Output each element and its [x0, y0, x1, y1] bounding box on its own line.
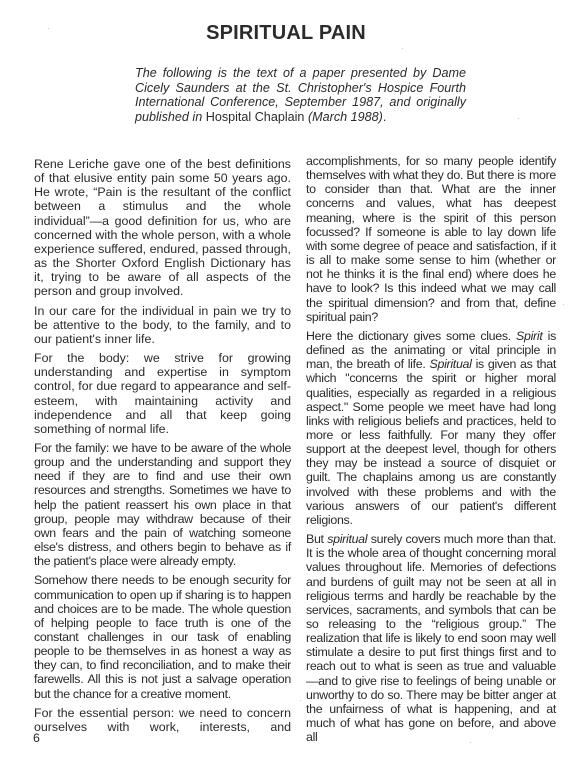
- paragraph-accomplishments: accomplishments, for so many people iden…: [306, 154, 556, 324]
- scan-speck: [518, 118, 519, 119]
- publication-date: (March 1988): [308, 110, 383, 124]
- publication-name: Hospital Chaplain: [206, 110, 305, 124]
- scan-speck: [48, 28, 49, 29]
- scan-speck: [300, 700, 301, 701]
- paragraph-moral-values: But spiritual surely covers much more th…: [306, 532, 556, 744]
- page-title: SPIRITUAL PAIN: [0, 22, 572, 45]
- moral-text-b: surely covers much more than that. It is…: [306, 532, 556, 744]
- paragraph-care: In our care for the individual in pain w…: [34, 304, 291, 346]
- dictionary-text-c: is given as that which "concerns the spi…: [306, 357, 556, 527]
- paragraph-family: For the family: we have to be aware of t…: [34, 441, 291, 568]
- moral-text-a: But: [306, 532, 327, 546]
- intro-end: .: [383, 110, 387, 124]
- left-column: Rene Leriche gave one of the best defini…: [34, 157, 291, 739]
- intro-note: The following is the text of a paper pre…: [135, 66, 466, 124]
- term-spiritual-2: spiritual: [327, 532, 367, 546]
- paragraph-dictionary: Here the dictionary gives some clues. Sp…: [306, 329, 556, 527]
- paragraph-body: For the body: we strive for growing unde…: [34, 351, 291, 436]
- paragraph-security: Somehow there needs to be enough securit…: [34, 573, 291, 700]
- paragraph-leriche: Rene Leriche gave one of the best defini…: [34, 157, 291, 299]
- document-page: SPIRITUAL PAIN The following is the text…: [0, 0, 572, 767]
- term-spirit: Spirit: [516, 329, 542, 343]
- scan-speck: [470, 742, 471, 743]
- scan-speck: [563, 304, 564, 305]
- dictionary-text-a: Here the dictionary gives some clues.: [306, 329, 516, 343]
- paragraph-essential-person: For the essential person: we need to con…: [34, 706, 291, 734]
- term-spiritual: Spiritual: [430, 357, 472, 371]
- right-column: accomplishments, for so many people iden…: [306, 154, 556, 749]
- scan-speck: [402, 48, 403, 49]
- page-number: 6: [33, 731, 40, 745]
